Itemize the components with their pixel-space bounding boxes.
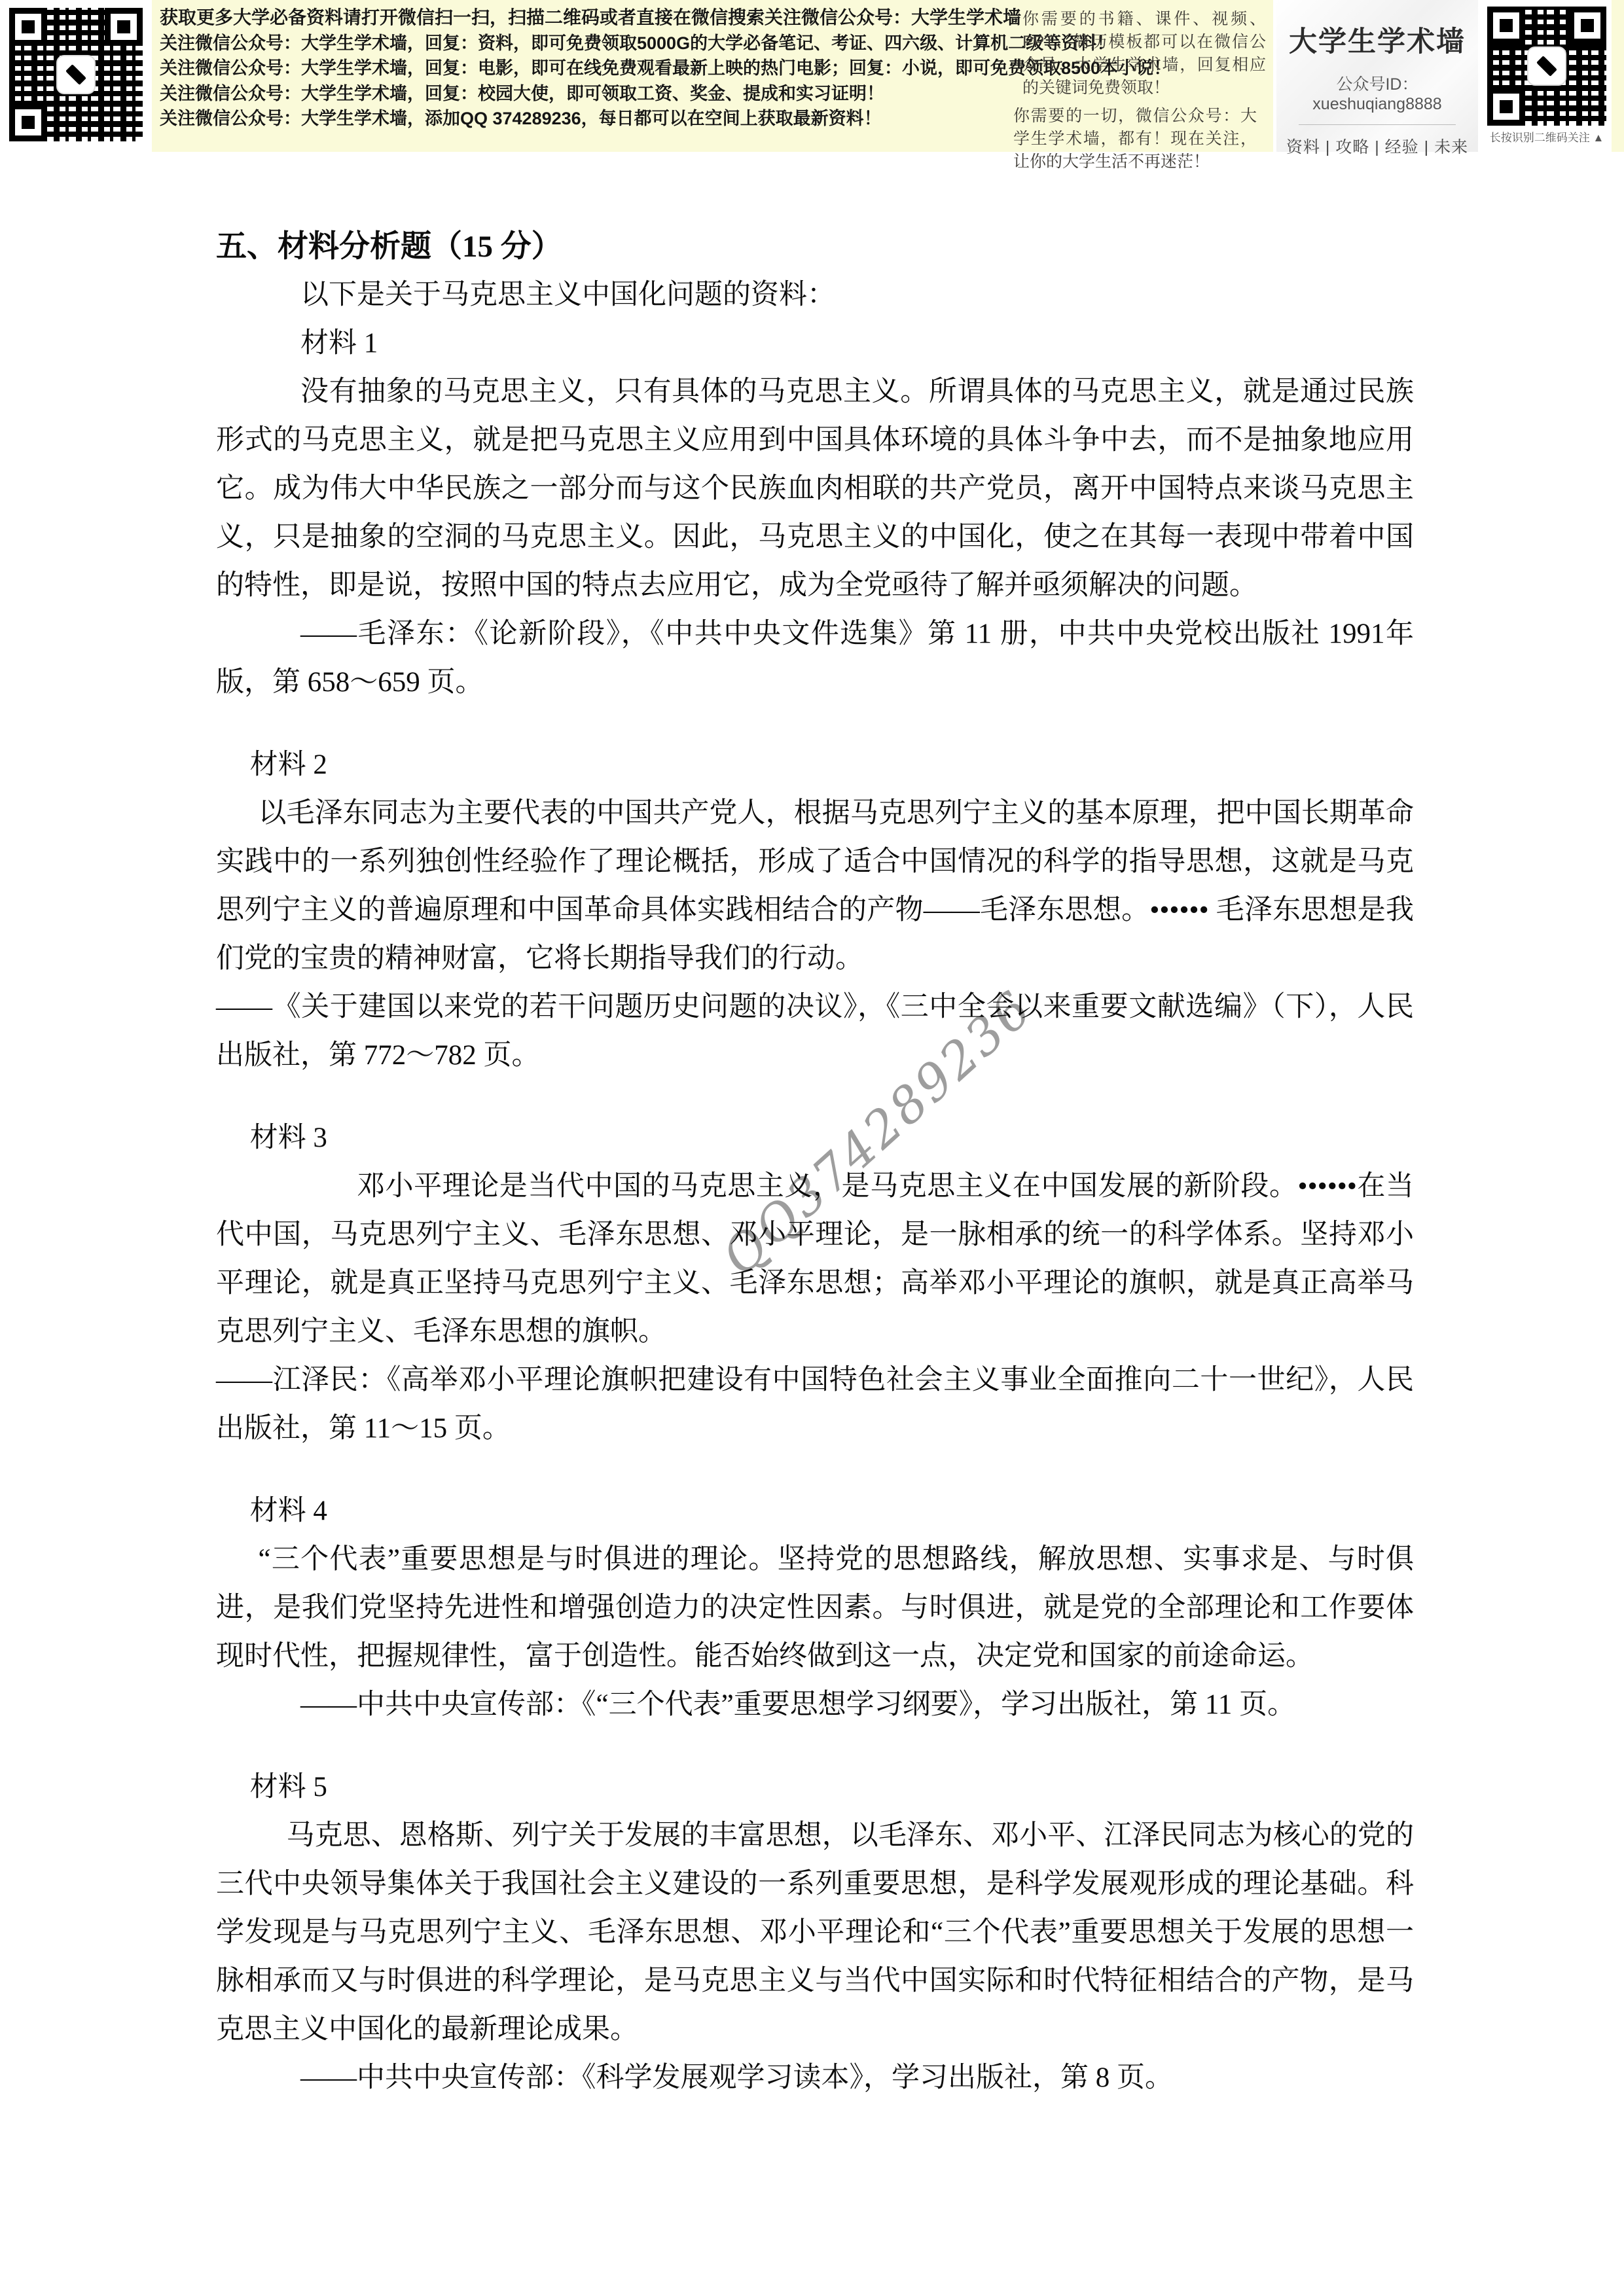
- side-note-bottom: 你需要的一切，微信公众号：大学生学术墙，都有！现在关注，让你的大学生活不再迷茫！: [1013, 105, 1257, 173]
- material-body: “三个代表”重要思想是与时俱进的理论。坚持党的思想路线，解放思想、实事求是、与时…: [216, 1535, 1414, 1681]
- wechat-qr-code-right: [1487, 7, 1606, 126]
- question-title: 五、材料分析题（15 分）: [216, 223, 1414, 271]
- qr-center-logo: [56, 55, 96, 94]
- card-divider: [1299, 124, 1456, 125]
- account-card-title: 大学生学术墙: [1276, 20, 1478, 60]
- material-body: 邓小平理论是当代中国的马克思主义，是马克思主义在中国发展的新阶段。••••••在…: [216, 1162, 1414, 1356]
- material-source: ——中共中央宣传部：《科学发展观学习读本》，学习出版社，第 8 页。: [216, 2054, 1414, 2102]
- material-heading: 材料 2: [216, 741, 1414, 789]
- material-source: ——毛泽东：《论新阶段》，《中共中央文件选集》第 11 册，中共中央党校出版社 …: [216, 610, 1414, 707]
- qr-finder-icon: [1568, 7, 1606, 45]
- wechat-qr-code-left: [9, 8, 143, 141]
- material-source: ——《关于建国以来党的若干问题历史问题的决议》，《三中全会以来重要文献选编》（下…: [216, 983, 1414, 1080]
- qr-finder-icon: [105, 8, 143, 46]
- material-body: 以毛泽东同志为主要代表的中国共产党人，根据马克思列宁主义的基本原理，把中国长期革…: [216, 789, 1414, 983]
- material-heading: 材料 5: [216, 1763, 1414, 1812]
- qr-finder-icon: [1487, 7, 1525, 45]
- material-source: ——江泽民：《高举邓小平理论旗帜把建设有中国特色社会主义事业全面推向二十一世纪》…: [216, 1356, 1414, 1453]
- scanned-document-page: 获取更多大学必备资料请打开微信扫一扫，扫描二维码或者直接在微信搜索关注微信公众号…: [0, 0, 1624, 2296]
- left-qr-tile: [0, 0, 152, 152]
- material-source: ——中共中央宣传部：《“三个代表”重要思想学习纲要》，学习出版社，第 11 页。: [216, 1681, 1414, 1729]
- graduation-cap-icon: [65, 64, 86, 85]
- side-note-top: 你需要的书籍、课件、视频、PPT、简历模板都可以在微信公众号：大学生学术墙，回复…: [1022, 8, 1266, 99]
- material-heading: 材料 1: [216, 319, 1414, 368]
- qr-finder-icon: [9, 8, 47, 46]
- promo-line: 获取更多大学必备资料请打开微信扫一扫，扫描二维码或者直接在微信搜索关注微信公众号…: [160, 5, 1011, 31]
- material-body: 没有抽象的马克思主义，只有具体的马克思主义。所谓具体的马克思主义，就是通过民族形…: [216, 368, 1414, 610]
- promo-text-block: 获取更多大学必备资料请打开微信扫一扫，扫描二维码或者直接在微信搜索关注微信公众号…: [160, 5, 1011, 132]
- material-heading: 材料 3: [216, 1114, 1414, 1162]
- qr-finder-icon: [1487, 88, 1525, 126]
- promo-line: 关注微信公众号：大学生学术墙，添加QQ 374289236，每日都可以在空间上获…: [160, 106, 1011, 132]
- material-heading: 材料 4: [216, 1487, 1414, 1535]
- promo-line: 关注微信公众号：大学生学术墙，回复：资料，即可免费领取5000G的大学必备笔记、…: [160, 31, 1011, 56]
- promo-banner: 获取更多大学必备资料请打开微信扫一扫，扫描二维码或者直接在微信搜索关注微信公众号…: [0, 0, 1624, 152]
- right-qr-wrap: 长按识别二维码关注 ▲: [1487, 7, 1606, 145]
- promo-line: 关注微信公众号：大学生学术墙，回复：校园大使，即可领取工资、奖金、提成和实习证明…: [160, 81, 1011, 107]
- question-intro: 以下是关于马克思主义中国化问题的资料：: [216, 271, 1414, 319]
- graduation-cap-icon: [1536, 56, 1557, 77]
- qr-center-logo: [1527, 46, 1566, 86]
- promo-line: 关注微信公众号：大学生学术墙，回复：电影，即可在线免费观看最新上映的热门电影；回…: [160, 56, 1011, 81]
- account-card-tagline: 资料 | 攻略 | 经验 | 未来: [1276, 134, 1478, 158]
- qr-scan-caption: 长按识别二维码关注 ▲: [1487, 128, 1606, 145]
- exam-document: 五、材料分析题（15 分） 以下是关于马克思主义中国化问题的资料： 材料 1 没…: [216, 223, 1414, 2102]
- qr-finder-icon: [9, 103, 47, 141]
- material-body: 马克思、恩格斯、列宁关于发展的丰富思想，以毛泽东、邓小平、江泽民同志为核心的党的…: [216, 1812, 1414, 2054]
- wechat-account-card: 大学生学术墙 公众号ID：xueshuqiang8888 资料 | 攻略 | 经…: [1276, 0, 1478, 152]
- account-card-id: 公众号ID：xueshuqiang8888: [1276, 71, 1478, 114]
